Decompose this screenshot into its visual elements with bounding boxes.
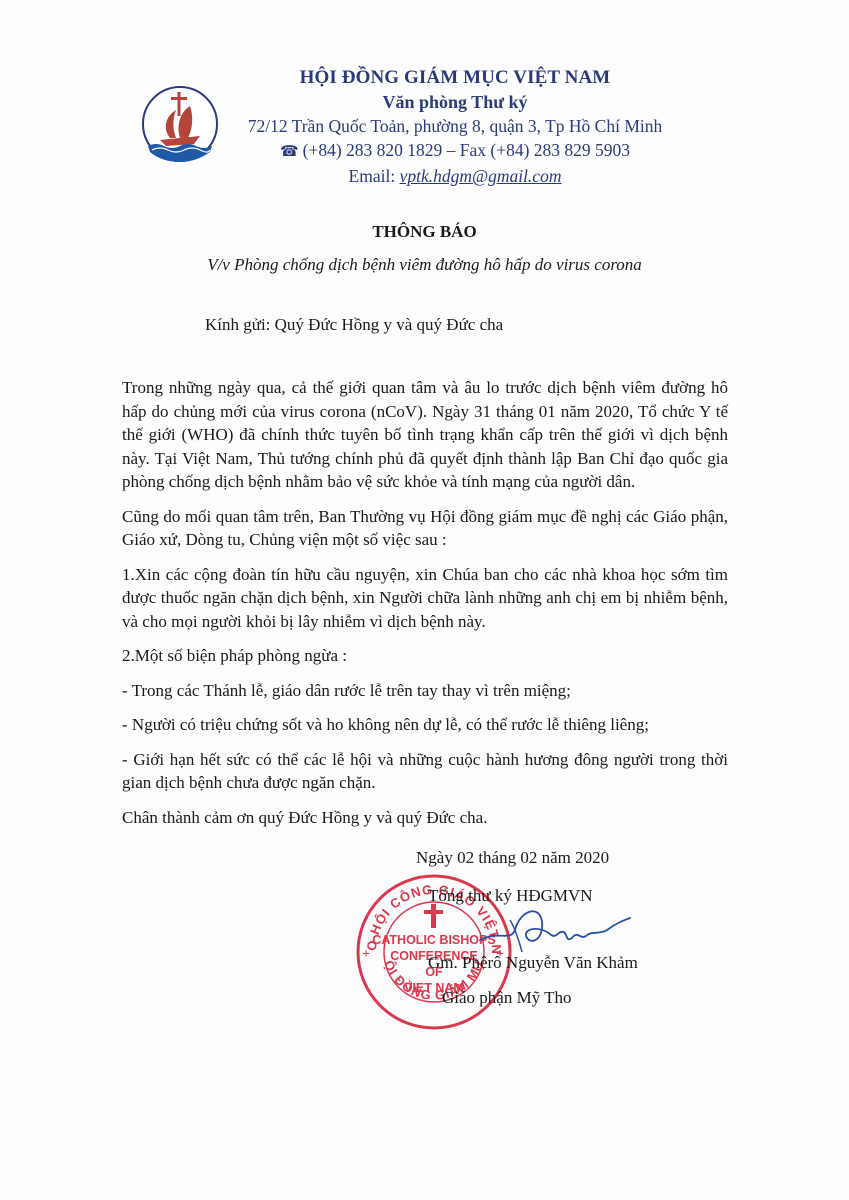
svg-text:+: + [362, 947, 370, 962]
paragraph-item-1: 1.Xin các cộng đoàn tín hữu cầu nguyện, … [122, 563, 728, 634]
paragraph-measure-1: - Trong các Thánh lễ, giáo dân rước lễ t… [122, 679, 728, 703]
organization-name: HỘI ĐỒNG GIÁM MỤC VIỆT NAM [240, 66, 670, 90]
phone-fax: (+84) 283 820 1829 – Fax (+84) 283 829 5… [303, 140, 630, 160]
signer-name: Gm. Phêrô Nguyễn Văn Khảm [428, 951, 658, 974]
email-label: Email: [349, 166, 400, 186]
email-link[interactable]: vptk.hdgm@gmail.com [400, 166, 562, 186]
phone-fax-line: ☎(+84) 283 820 1829 – Fax (+84) 283 829 … [240, 138, 670, 164]
greeting: Kính gửi: Quý Đức Hồng y và quý Đức cha [205, 315, 503, 335]
address: 72/12 Trần Quốc Toản, phường 8, quận 3, … [240, 114, 670, 138]
signature-block: Ngày 02 tháng 02 năm 2020 Tổng thư ký HĐ… [398, 846, 658, 1009]
signing-date: Ngày 02 tháng 02 năm 2020 [416, 846, 658, 869]
paragraph-measure-2: - Người có triệu chứng sốt và ho không n… [122, 713, 728, 737]
email-line: Email: vptk.hdgm@gmail.com [240, 164, 670, 188]
signer-diocese: Giáo phận Mỹ Tho [442, 986, 658, 1009]
signer-role: Tổng thư ký HĐGMVN [428, 884, 658, 907]
paragraph-intro: Trong những ngày qua, cả thế giới quan t… [122, 376, 728, 494]
telephone-icon: ☎ [280, 140, 299, 164]
document-body: Trong những ngày qua, cả thế giới quan t… [122, 376, 728, 840]
document-title: THÔNG BÁO [0, 222, 849, 242]
paragraph-closing: Chân thành cảm ơn quý Đức Hồng y và quý … [122, 806, 728, 830]
paragraph-measure-3: - Giới hạn hết sức có thể các lễ hội và … [122, 748, 728, 795]
paragraph-item-2: 2.Một số biện pháp phòng ngừa : [122, 644, 728, 668]
cross-sailboat-logo-icon [140, 84, 220, 164]
document-page: HỘI ĐỒNG GIÁM MỤC VIỆT NAM Văn phòng Thư… [0, 0, 849, 1200]
paragraph-request: Cũng do mối quan tâm trên, Ban Thường vụ… [122, 505, 728, 552]
letterhead: HỘI ĐỒNG GIÁM MỤC VIỆT NAM Văn phòng Thư… [240, 66, 670, 188]
document-subject: V/v Phòng chống dịch bệnh viêm đường hô … [0, 255, 849, 275]
office-name: Văn phòng Thư ký [240, 90, 670, 114]
